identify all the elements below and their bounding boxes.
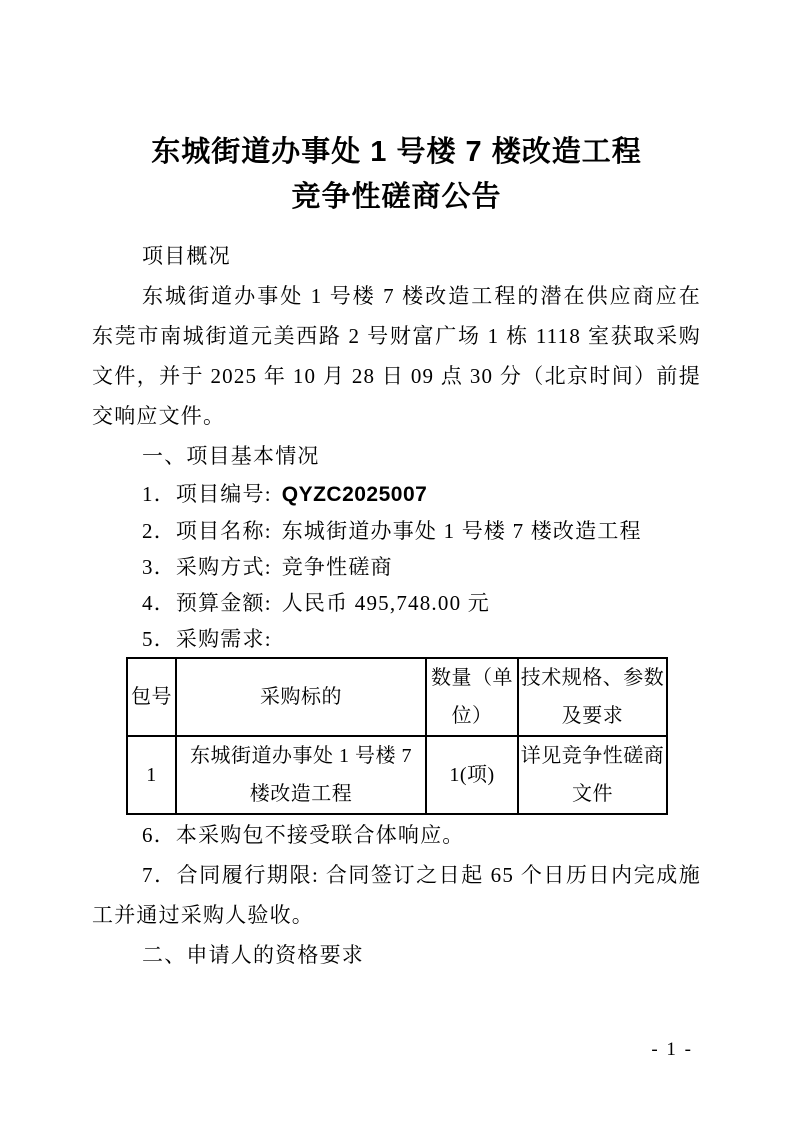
item-project-name: 2．项目名称:东城街道办事处 1 号楼 7 楼改造工程 [92, 513, 701, 549]
overview-paragraph: 东城街道办事处 1 号楼 7 楼改造工程的潜在供应商应在东莞市南城街道元美西路 … [92, 276, 701, 436]
document-body: 项目概况 东城街道办事处 1 号楼 7 楼改造工程的潜在供应商应在东莞市南城街道… [0, 236, 793, 975]
item-project-name-value: 东城街道办事处 1 号楼 7 楼改造工程 [282, 519, 642, 543]
item-budget-amount: 4．预算金额:人民币 495,748.00 元 [92, 585, 701, 621]
table-row: 1 东城街道办事处 1 号楼 7 楼改造工程 1(项) 详见竞争性磋商文件 [127, 736, 667, 814]
document-page: 东城街道办事处 1 号楼 7 楼改造工程 竞争性磋商公告 项目概况 东城街道办事… [0, 0, 793, 1122]
cell-spec: 详见竞争性磋商文件 [518, 736, 667, 814]
document-title: 东城街道办事处 1 号楼 7 楼改造工程 竞争性磋商公告 [0, 0, 793, 220]
title-line-2: 竞争性磋商公告 [0, 175, 793, 220]
note-contract-period: 7．合同履行期限: 合同签订之日起 65 个日历日内完成施工并通过采购人验收。 [92, 855, 701, 935]
item-project-number: 1．项目编号:QYZC2025007 [92, 476, 701, 513]
header-spec: 技术规格、参数及要求 [518, 658, 667, 736]
note-no-consortium: 6．本采购包不接受联合体响应。 [92, 815, 701, 855]
item-project-number-value: QYZC2025007 [282, 483, 428, 506]
item-procurement-method: 3．采购方式:竞争性磋商 [92, 549, 701, 585]
item-budget-amount-label: 4．预算金额: [142, 591, 272, 615]
item-project-number-label: 1．项目编号: [142, 482, 272, 506]
item-procurement-method-label: 3．采购方式: [142, 555, 272, 579]
item-budget-amount-value: 人民币 495,748.00 元 [282, 591, 490, 615]
procurement-table: 包号 采购标的 数量（单位） 技术规格、参数及要求 1 东城街道办事处 1 号楼… [126, 657, 668, 815]
header-quantity: 数量（单位） [426, 658, 518, 736]
table-header-row: 包号 采购标的 数量（单位） 技术规格、参数及要求 [127, 658, 667, 736]
item-procurement-method-value: 竞争性磋商 [282, 555, 393, 579]
section2-heading: 二、申请人的资格要求 [92, 935, 701, 975]
cell-quantity: 1(项) [426, 736, 518, 814]
item-project-name-label: 2．项目名称: [142, 519, 272, 543]
title-line-1: 东城街道办事处 1 号楼 7 楼改造工程 [0, 130, 793, 175]
item-procurement-requirement-label: 5．采购需求: [142, 627, 272, 651]
header-subject: 采购标的 [176, 658, 426, 736]
header-package-no: 包号 [127, 658, 176, 736]
overview-heading: 项目概况 [92, 236, 701, 276]
cell-subject: 东城街道办事处 1 号楼 7 楼改造工程 [176, 736, 426, 814]
item-procurement-requirement: 5．采购需求: [92, 621, 701, 657]
page-number: - 1 - [651, 1036, 693, 1064]
cell-package-no: 1 [127, 736, 176, 814]
section1-heading: 一、项目基本情况 [92, 436, 701, 476]
